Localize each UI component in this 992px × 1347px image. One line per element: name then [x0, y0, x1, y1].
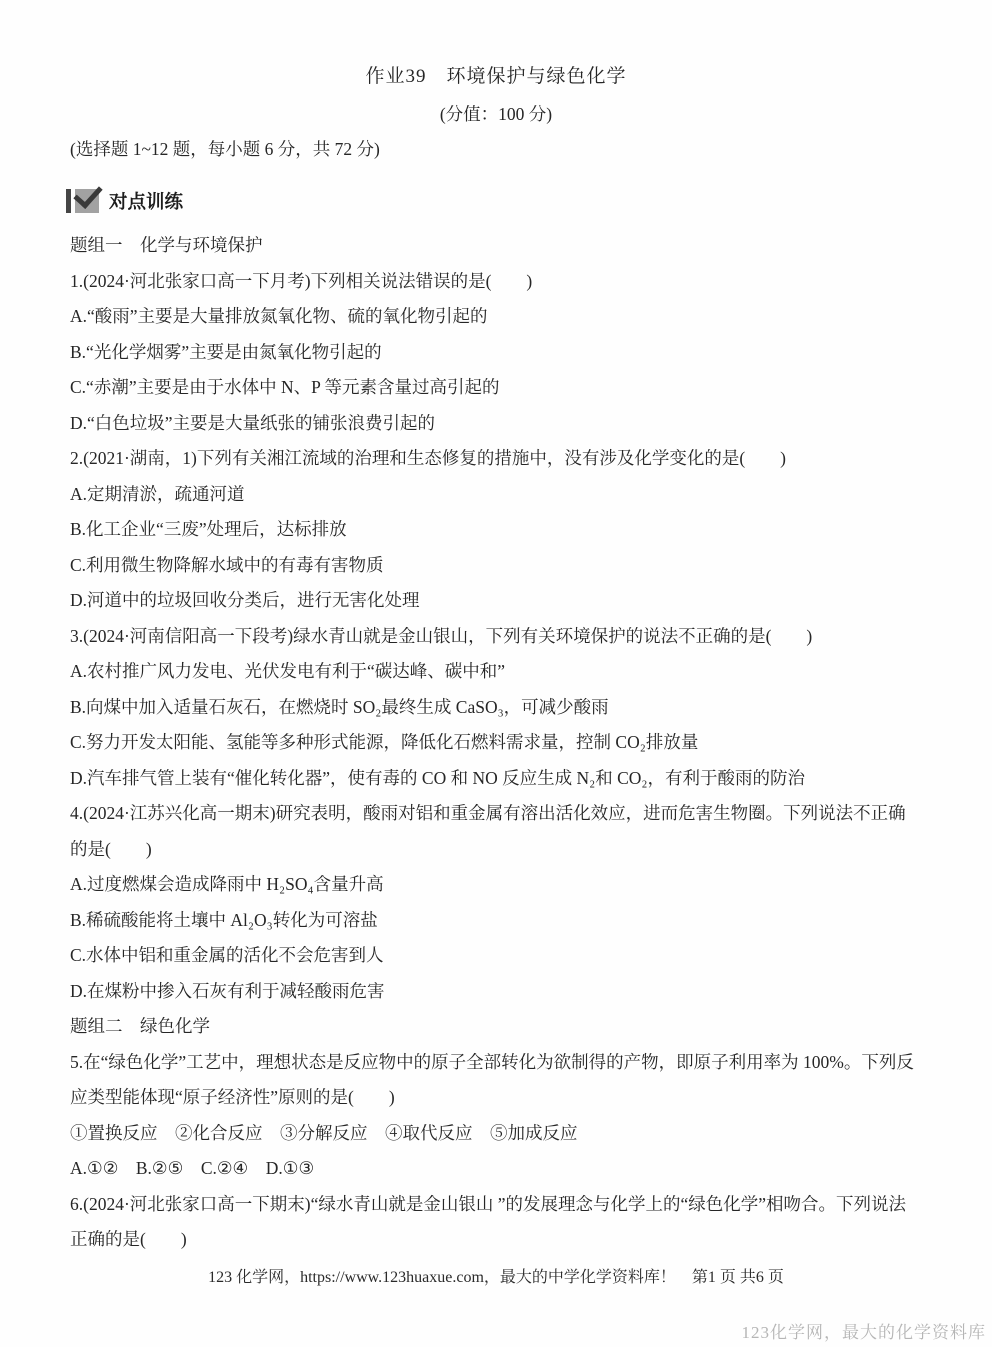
group-1-label: 题组一 化学与环境保护	[70, 228, 922, 264]
checkbox-check-icon	[66, 189, 99, 213]
section-title: 对点训练	[109, 188, 183, 214]
q1-option-b: B.“光化学烟雾”主要是由氮氧化物引起的	[70, 335, 922, 371]
q3-option-a: A.农村推广风力发电、光伏发电有利于“碳达峰、碳中和”	[70, 654, 922, 690]
q3-option-b: B.向煤中加入适量石灰石，在燃烧时 SO₂最终生成 CaSO₃，可减少酸雨	[70, 690, 922, 726]
page-title: 作业39 环境保护与绿色化学	[0, 0, 992, 90]
q2-option-a: A.定期清淤，疏通河道	[70, 477, 922, 513]
q4-option-d: D.在煤粉中掺入石灰有利于减轻酸雨危害	[70, 974, 922, 1010]
q1-option-a: A.“酸雨”主要是大量排放氮氧化物、硫的氧化物引起的	[70, 299, 922, 335]
exam-meta-line: (选择题 1~12 题，每小题 6 分，共 72 分)	[0, 136, 992, 162]
section-header: 对点训练	[66, 188, 992, 214]
q5-answers-line: A.①② B.②⑤ C.②④ D.①③	[70, 1151, 922, 1187]
q4-option-c: C.水体中铝和重金属的活化不会危害到人	[70, 938, 922, 974]
site-watermark: 123化学网，最大的化学资料库	[742, 1318, 987, 1343]
q5-stem: 5.在“绿色化学”工艺中，理想状态是反应物中的原子全部转化为欲制得的产物，即原子…	[70, 1045, 922, 1116]
q1-option-c: C.“赤潮”主要是由于水体中 N、P 等元素含量过高引起的	[70, 370, 922, 406]
q5-choices-line: ①置换反应 ②化合反应 ③分解反应 ④取代反应 ⑤加成反应	[70, 1116, 922, 1152]
check-icon-box	[75, 189, 99, 213]
q6-stem: 6.(2024·河北张家口高一下期末)“绿水青山就是金山银山 ”的发展理念与化学…	[70, 1187, 922, 1258]
check-icon-mark	[73, 179, 102, 209]
q3-option-d: D.汽车排气管上装有“催化转化器”，使有毒的 CO 和 NO 反应生成 N₂和 …	[70, 761, 922, 797]
q2-option-c: C.利用微生物降解水域中的有毒有害物质	[70, 548, 922, 584]
check-icon-bar	[66, 189, 71, 213]
q1-stem: 1.(2024·河北张家口高一下月考)下列相关说法错误的是( )	[70, 264, 922, 300]
page-footer: 123 化学网，https://www.123huaxue.com，最大的中学化…	[0, 1264, 992, 1287]
q3-stem: 3.(2024·河南信阳高一下段考)绿水青山就是金山银山，下列有关环境保护的说法…	[70, 619, 922, 655]
q2-option-b: B.化工企业“三废”处理后，达标排放	[70, 512, 922, 548]
worksheet-page: 作业39 环境保护与绿色化学 (分值：100 分) (选择题 1~12 题，每小…	[0, 0, 992, 1347]
page-subtitle: (分值：100 分)	[0, 102, 992, 126]
q2-stem: 2.(2021·湖南，1)下列有关湘江流域的治理和生态修复的措施中，没有涉及化学…	[70, 441, 922, 477]
questions-area: 题组一 化学与环境保护 1.(2024·河北张家口高一下月考)下列相关说法错误的…	[70, 228, 922, 1258]
q1-option-d: D.“白色垃圾”主要是大量纸张的铺张浪费引起的	[70, 406, 922, 442]
q4-stem: 4.(2024·江苏兴化高一期末)研究表明，酸雨对铝和重金属有溶出活化效应，进而…	[70, 796, 922, 867]
q2-option-d: D.河道中的垃圾回收分类后，进行无害化处理	[70, 583, 922, 619]
q4-option-b: B.稀硫酸能将土壤中 Al₂O₃转化为可溶盐	[70, 903, 922, 939]
group-2-label: 题组二 绿色化学	[70, 1009, 922, 1045]
q4-option-a: A.过度燃煤会造成降雨中 H₂SO₄含量升高	[70, 867, 922, 903]
q3-option-c: C.努力开发太阳能、氢能等多种形式能源，降低化石燃料需求量，控制 CO₂排放量	[70, 725, 922, 761]
